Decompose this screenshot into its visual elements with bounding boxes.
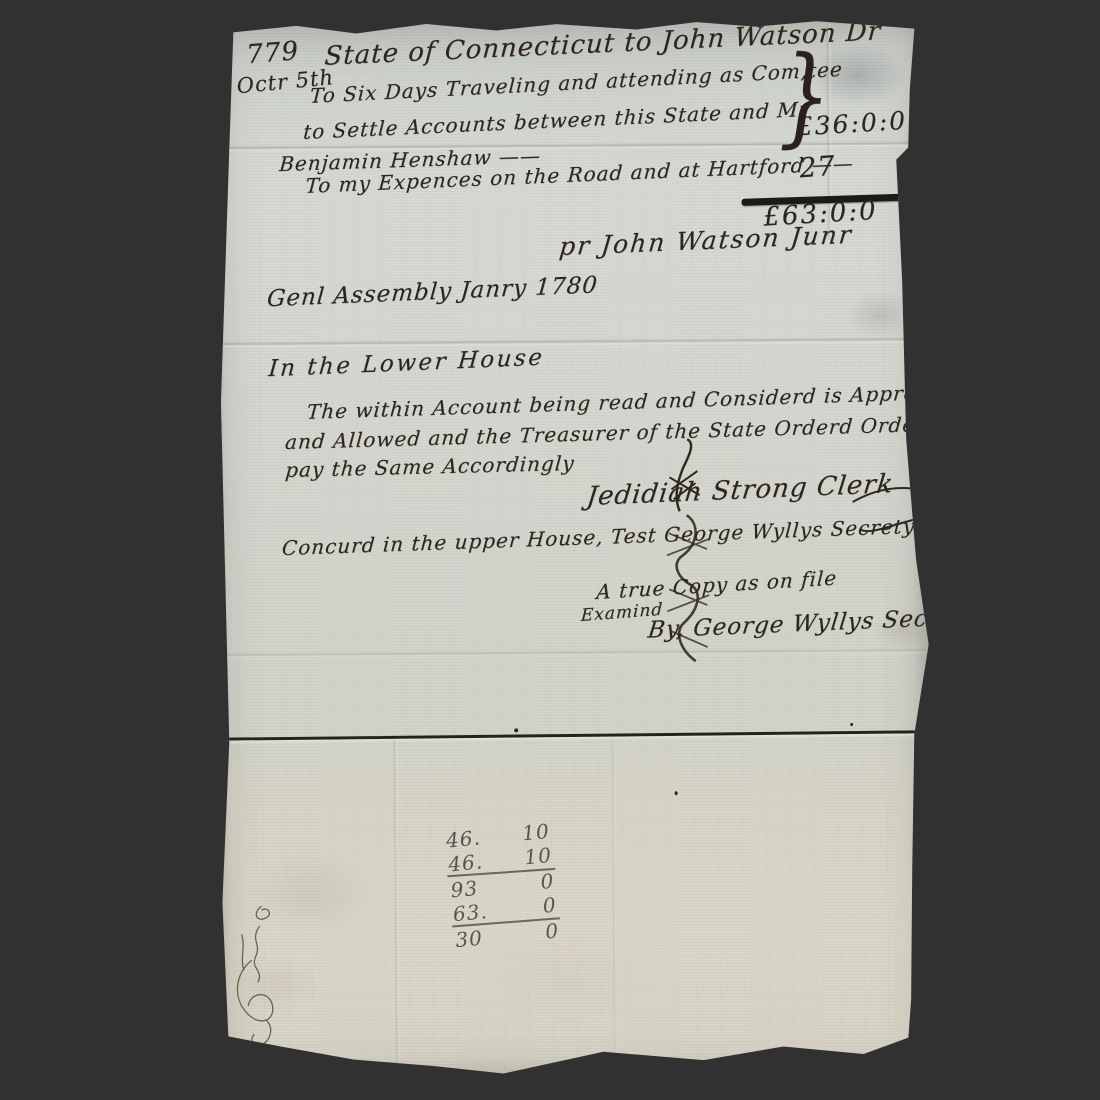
vertical-crease	[392, 739, 400, 1069]
charge2-amount: 27	[798, 151, 837, 185]
upper-house-line: Concurd in the upper House, Test George …	[281, 513, 944, 560]
manuscript-page: 779 Octr 5th State of Connecticut to Joh…	[209, 20, 931, 1088]
maker-signature: pr John Watson Junr	[558, 220, 854, 261]
docket-script	[221, 900, 288, 1050]
resolution-line3: pay the Same Accordingly	[284, 451, 575, 482]
arith-difference-pounds: 30	[454, 926, 484, 952]
arith-sum-pounds: 93	[450, 876, 480, 902]
fold-crease	[214, 337, 925, 349]
charge1-amount: £36:0:0	[796, 106, 908, 141]
ink-speck	[850, 723, 853, 726]
vertical-crease	[610, 738, 618, 1068]
pencil-arithmetic-block: 46. 10 46. 10 93 0 63. 0 30 0	[443, 819, 562, 953]
arith-addend1-pounds: 46.	[445, 825, 482, 852]
lower-house-heading: In the Lower House	[268, 345, 546, 383]
arith-addend2-shillings: 10	[523, 843, 553, 869]
fold-crease	[216, 648, 927, 660]
ink-speck	[514, 728, 518, 732]
clerk-signature: Jedidiah Strong Clerk	[585, 469, 895, 512]
arith-difference-shillings: 0	[544, 918, 560, 943]
assembly-heading: Genl Assembly Janry 1780	[266, 272, 599, 312]
arith-subtrahend-shillings: 0	[542, 893, 558, 918]
year-number: 779	[245, 36, 300, 70]
arith-sum-shillings: 0	[539, 869, 555, 894]
photo-background: 779 Octr 5th State of Connecticut to Joh…	[0, 0, 1100, 1100]
arith-addend1-shillings: 10	[521, 819, 551, 845]
ink-speck	[675, 791, 678, 795]
